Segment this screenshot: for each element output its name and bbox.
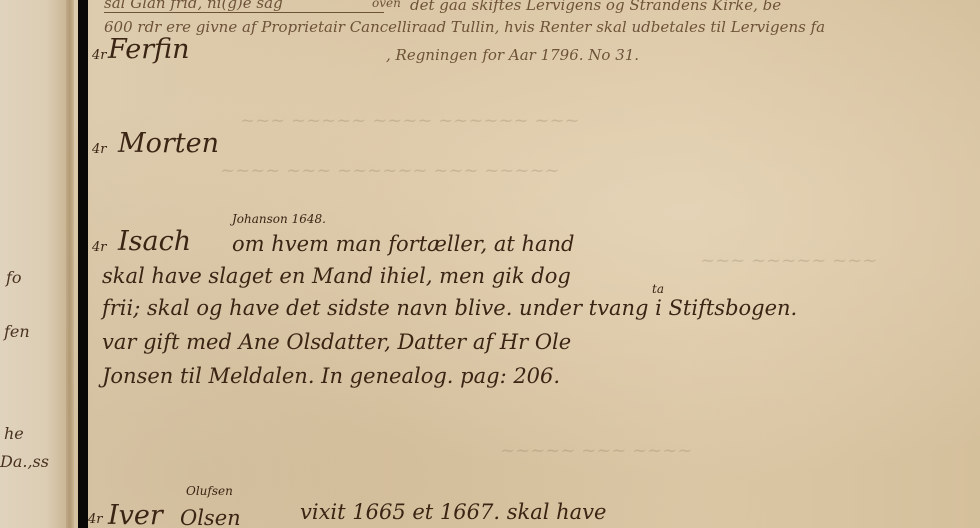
entry-line: var gift med Ane Olsdatter, Datter af Hr… xyxy=(102,330,571,354)
top-entry-line2: 600 rdr ere givne af Proprietair Cancell… xyxy=(104,18,825,36)
top-entry-superscript: oven xyxy=(372,0,401,10)
bleed-through-text: ~~~~~ ~~~ ~~~~ xyxy=(500,440,692,461)
entry-superscript: Olufsen xyxy=(186,484,233,498)
entry-line: skal have slaget en Mand ihiel, men gik … xyxy=(102,264,571,288)
top-entry-line3: , Regningen for Aar 1796. No 31. xyxy=(386,46,639,64)
entry-name-ferfin: Ferfin xyxy=(108,34,190,65)
top-entry-line1-right: det gaa skiftes Lervigens og Strandens K… xyxy=(410,0,781,14)
entry-marker: 4r xyxy=(88,512,103,527)
entry-name-rest: Olsen xyxy=(180,506,241,528)
entry-line: vixit 1665 et 1667. skal have xyxy=(300,500,606,524)
bleed-through-text: ~~~ ~~~~~ ~~~~ ~~~~~~ ~~~ xyxy=(240,110,580,131)
margin-note: he xyxy=(4,424,24,443)
margin-note: fo xyxy=(6,268,22,287)
top-entry-line1: sal Glan frid, ni(g)e sag xyxy=(104,0,384,13)
black-divider-bar xyxy=(78,0,88,528)
entry-superscript: Johanson 1648. xyxy=(232,212,326,226)
entry-name-iver: Iver xyxy=(108,500,163,528)
facing-page-margin xyxy=(0,0,66,528)
margin-note: fen xyxy=(4,322,30,341)
entry-name-morten: Morten xyxy=(118,128,219,159)
entry-line: om hvem man fortæller, at hand xyxy=(232,232,575,256)
entry-line: Jonsen til Meldalen. In genealog. pag: 2… xyxy=(102,364,560,388)
bleed-through-text: ~~~ ~~~~~ ~~~ xyxy=(700,250,877,271)
bleed-through-text: ~~~~ ~~~ ~~~~~~ ~~~ ~~~~~ xyxy=(220,160,560,181)
page-fold xyxy=(66,0,74,528)
entry-marker: 4r xyxy=(92,240,107,255)
entry-marker: 4r xyxy=(92,142,107,157)
entry-marker: 4r xyxy=(92,48,107,63)
margin-note: Da.,ss xyxy=(0,452,49,471)
entry-name-isach: Isach xyxy=(118,226,191,257)
entry-line: frii; skal og have det sidste navn blive… xyxy=(102,296,797,320)
manuscript-page: ~~~ ~~~~~ ~~~~ ~~~~~~ ~~~ ~~~~ ~~~ ~~~~~… xyxy=(0,0,980,528)
entry-superscript: ta xyxy=(652,282,664,296)
